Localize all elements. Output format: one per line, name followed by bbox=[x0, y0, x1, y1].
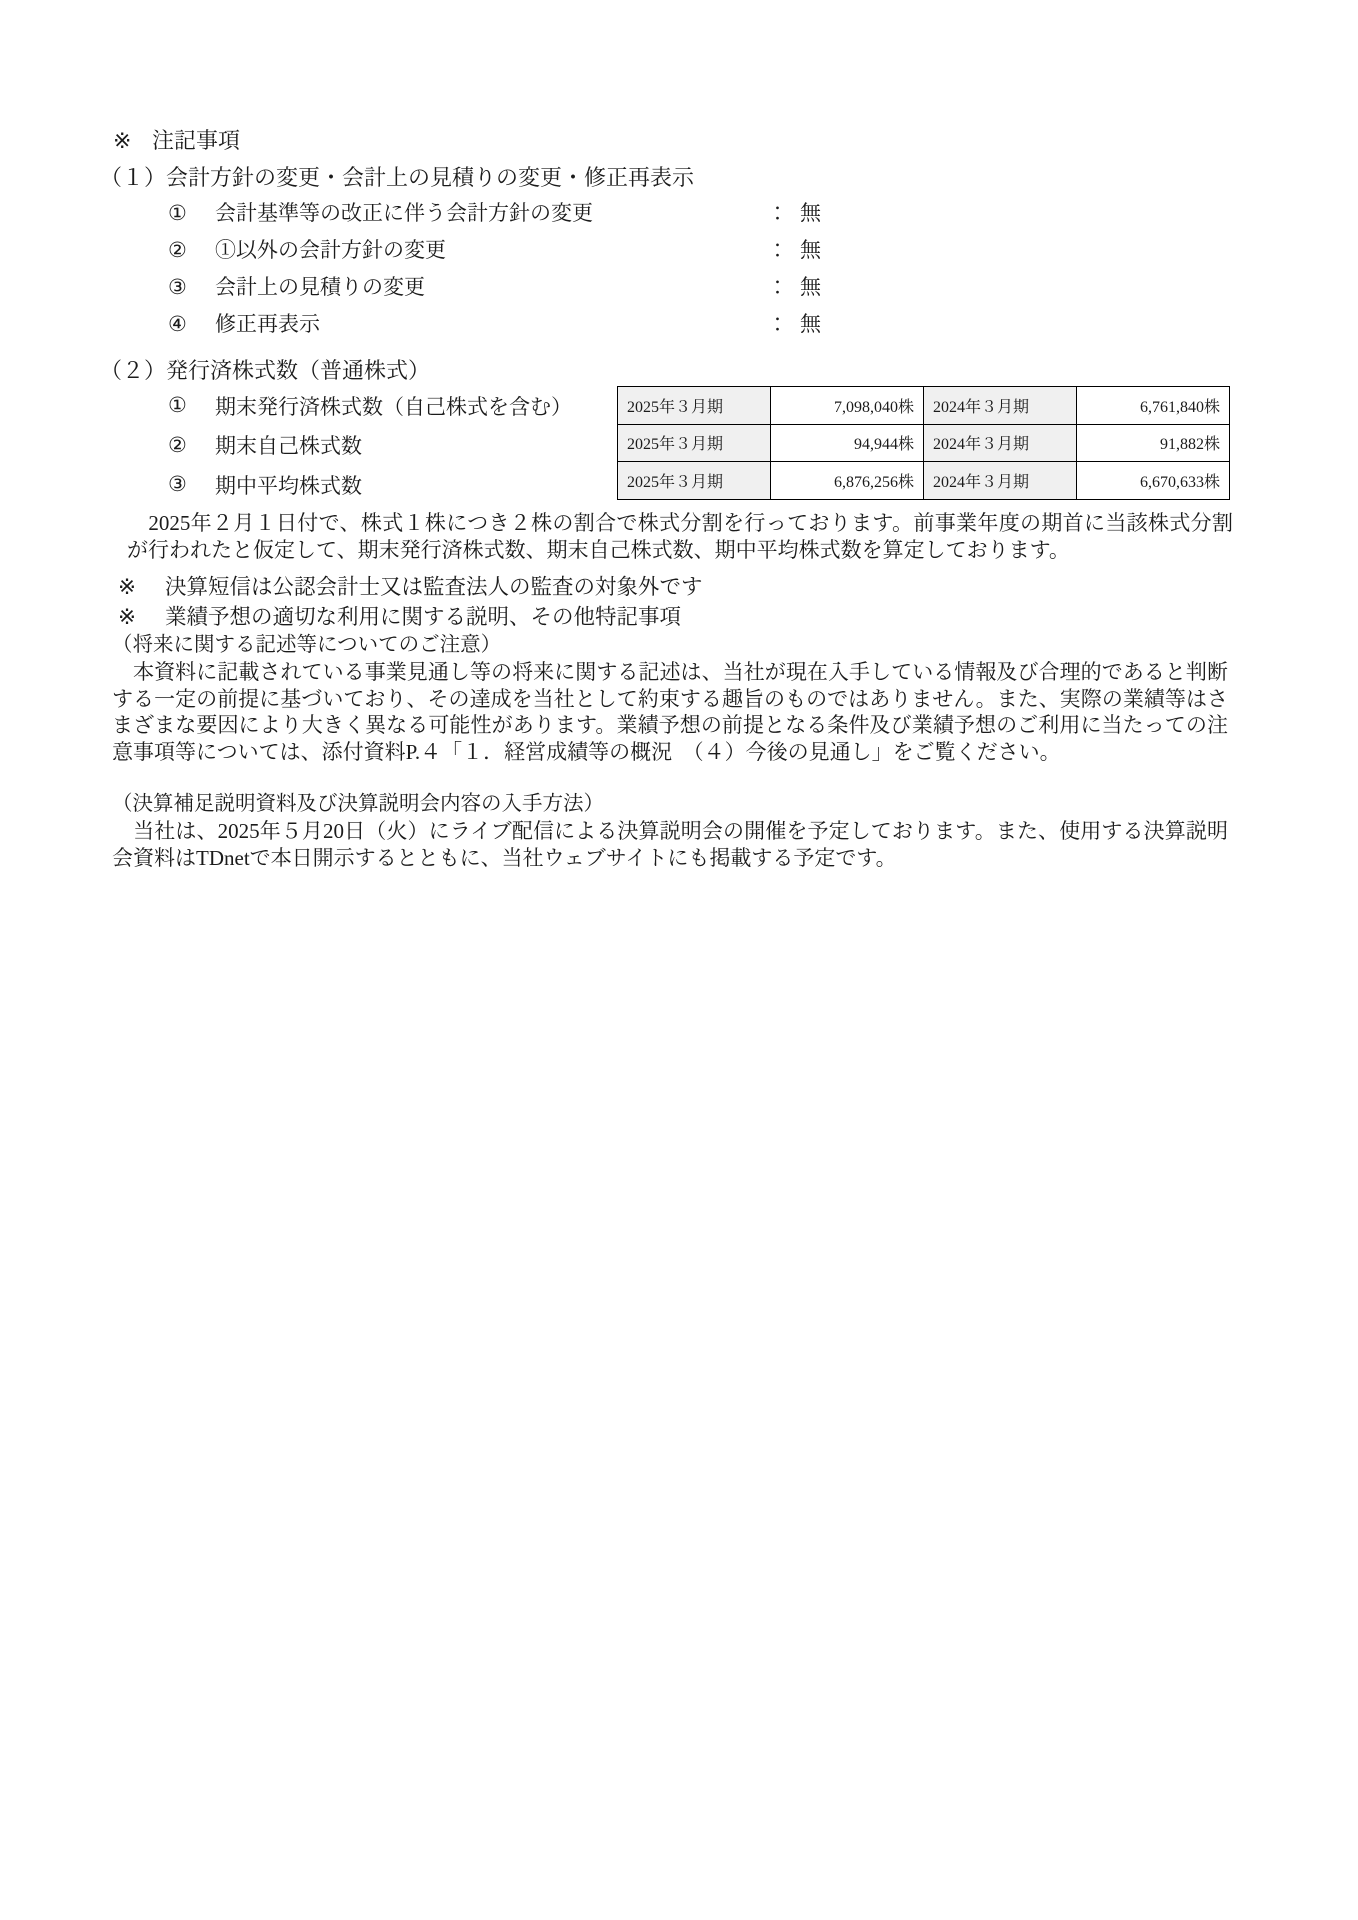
shares-table: 2025年３月期 7,098,040株 2024年３月期 6,761,840株 … bbox=[617, 386, 1230, 500]
value-cell: 6,670,633株 bbox=[1077, 462, 1230, 500]
period-cell: 2024年３月期 bbox=[924, 462, 1077, 500]
accounting-change-item: ③会計上の見積りの変更 ：無 bbox=[168, 272, 928, 302]
shares-label: 期中平均株式数 bbox=[215, 470, 362, 500]
value-cell: 94,944株 bbox=[771, 424, 924, 462]
period-cell: 2025年３月期 bbox=[618, 387, 771, 425]
shares-label: 期末発行済株式数（自己株式を含む） bbox=[215, 391, 572, 421]
reference-mark: ※ bbox=[118, 572, 165, 602]
item-value-group: ：無 bbox=[767, 198, 821, 228]
audit-disclaimer: ※決算短信は公認会計士又は監査法人の監査の対象外です bbox=[118, 572, 1358, 602]
value-cell: 91,882株 bbox=[1077, 424, 1230, 462]
item-label: 修正再表示 bbox=[215, 312, 320, 336]
briefing-heading: （決算補足説明資料及び決算説明会内容の入手方法） bbox=[112, 791, 1358, 818]
item-separator: ： bbox=[767, 275, 788, 299]
item-number: ② bbox=[168, 235, 215, 265]
audit-disclaimer-text: 決算短信は公認会計士又は監査法人の監査の対象外です bbox=[165, 575, 703, 599]
item-separator: ： bbox=[767, 201, 788, 225]
reference-mark: ※ bbox=[113, 126, 152, 156]
forward-looking-body: 本資料に記載されている事業見通し等の将来に関する記述は、当社が現在入手している情… bbox=[112, 659, 1228, 765]
shares-label: 期末自己株式数 bbox=[215, 430, 362, 460]
value-cell: 6,876,256株 bbox=[771, 462, 924, 500]
accounting-change-item: ②①以外の会計方針の変更 ：無 bbox=[168, 235, 928, 265]
item-label: 会計上の見積りの変更 bbox=[215, 275, 425, 299]
item-number: ④ bbox=[168, 309, 215, 339]
item-number: ② bbox=[168, 433, 215, 458]
period-cell: 2024年３月期 bbox=[924, 424, 1077, 462]
table-row: 2025年３月期 6,876,256株 2024年３月期 6,670,633株 bbox=[618, 462, 1230, 500]
section1-title: （１）会計方針の変更・会計上の見積りの変更・修正再表示 bbox=[100, 163, 1358, 193]
item-number: ③ bbox=[168, 272, 215, 302]
item-value: 無 bbox=[800, 312, 821, 336]
table-row: 2025年３月期 7,098,040株 2024年３月期 6,761,840株 bbox=[618, 387, 1230, 425]
item-value: 無 bbox=[800, 238, 821, 262]
notes-title: 注記事項 bbox=[152, 128, 240, 153]
table-row: 2025年３月期 94,944株 2024年３月期 91,882株 bbox=[618, 424, 1230, 462]
item-label: ①以外の会計方針の変更 bbox=[215, 238, 446, 262]
forecast-disclaimer: ※業績予想の適切な利用に関する説明、その他特記事項 bbox=[118, 602, 1358, 632]
accounting-change-item: ④修正再表示 ：無 bbox=[168, 309, 928, 339]
item-number: ③ bbox=[168, 472, 215, 497]
forward-looking-heading: （将来に関する記述等についてのご注意） bbox=[112, 632, 1358, 659]
reference-mark: ※ bbox=[118, 602, 165, 632]
shares-outstanding-section: ①期末発行済株式数（自己株式を含む） ②期末自己株式数 ③期中平均株式数 202… bbox=[168, 386, 1358, 505]
earnings-report-notes-page: ※注記事項 （１）会計方針の変更・会計上の見積りの変更・修正再表示 ①会計基準等… bbox=[0, 0, 1358, 1920]
value-cell: 6,761,840株 bbox=[1077, 387, 1230, 425]
period-cell: 2025年３月期 bbox=[618, 424, 771, 462]
item-number: ① bbox=[168, 198, 215, 228]
section2-title: （２）発行済株式数（普通株式） bbox=[100, 356, 1358, 386]
briefing-body: 当社は、2025年５月20日（火）にライブ配信による決算説明会の開催を予定してお… bbox=[112, 818, 1228, 871]
item-separator: ： bbox=[767, 238, 788, 262]
accounting-change-item: ①会計基準等の改正に伴う会計方針の変更 ：無 bbox=[168, 198, 928, 228]
accounting-change-items: ①会計基準等の改正に伴う会計方針の変更 ：無 ②①以外の会計方針の変更 ：無 ③… bbox=[0, 198, 1358, 339]
item-number: ① bbox=[168, 393, 215, 418]
notes-section-header: ※注記事項 bbox=[113, 126, 1358, 156]
item-value-group: ：無 bbox=[767, 309, 821, 339]
period-cell: 2025年３月期 bbox=[618, 462, 771, 500]
stock-split-note: 2025年２月１日付で、株式１株につき２株の割合で株式分割を行っております。前事… bbox=[127, 510, 1233, 564]
item-value: 無 bbox=[800, 201, 821, 225]
item-value-group: ：無 bbox=[767, 235, 821, 265]
item-separator: ： bbox=[767, 312, 788, 336]
period-cell: 2024年３月期 bbox=[924, 387, 1077, 425]
forecast-disclaimer-text: 業績予想の適切な利用に関する説明、その他特記事項 bbox=[165, 605, 681, 629]
item-value: 無 bbox=[800, 275, 821, 299]
value-cell: 7,098,040株 bbox=[771, 387, 924, 425]
item-label: 会計基準等の改正に伴う会計方針の変更 bbox=[215, 201, 593, 225]
item-value-group: ：無 bbox=[767, 272, 821, 302]
